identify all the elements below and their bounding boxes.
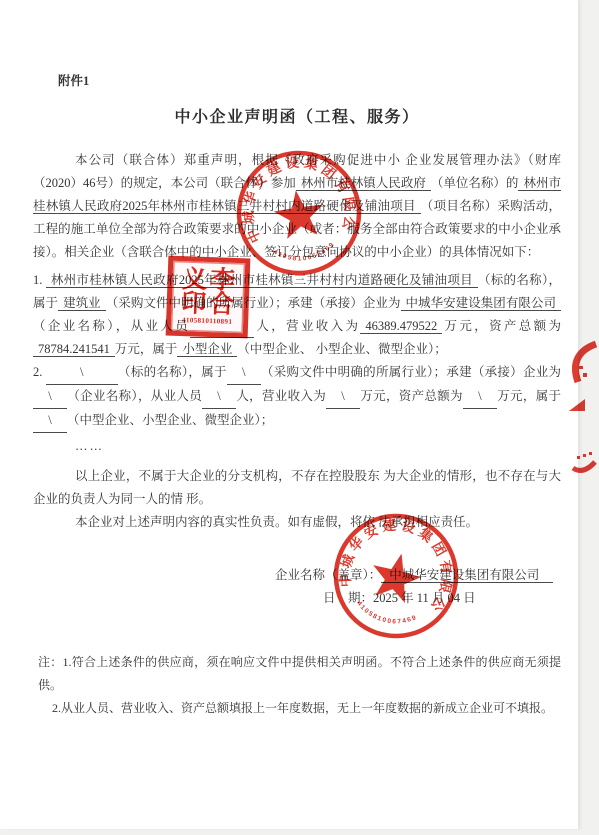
item2-text: 万元，资产总额为 <box>360 389 463 403</box>
document-content: 附件1 中小企业声明函（工程、服务） 本公司（联合体）郑重声明，根据《政府采购促… <box>33 0 561 720</box>
item1-number: 1. <box>33 273 42 287</box>
item2-number: 2. <box>33 365 42 379</box>
item1-size-type: 小型企业 <box>177 342 237 357</box>
item2-blank: \ <box>33 385 67 409</box>
footnote-1: 注：1.符合上述条件的供应商，须在响应文件中提供相关声明函。不符合上述条件的供应… <box>38 651 561 697</box>
item1-paragraph: 1. 林州市桂林镇人民政府2025年林州市桂林镇三井村村内道路硬化及铺油项目（标… <box>33 269 561 361</box>
ellipsis-line: …… <box>33 435 561 458</box>
signature-label: 企业名称（盖章）： <box>275 568 381 582</box>
item2-text: （中型企业、小型企业、微型企业）； <box>67 413 273 427</box>
item1-text: （中型企业、 小型企业、微型企业）； <box>237 342 446 356</box>
date-label: 日 期： <box>323 591 373 605</box>
signature-company-name: 中城华安建设集团有限公司 <box>381 568 553 583</box>
item1-revenue: 46389.479522 <box>360 319 442 334</box>
item1-target-name: 林州市桂林镇人民政府2025年林州市桂林镇三井村村内道路硬化及铺油项目 <box>46 273 478 288</box>
footnotes: 注：1.符合上述条件的供应商，须在响应文件中提供相关声明函。不符合上述条件的供应… <box>33 651 561 720</box>
buyer-unit-name: 林州市桂林镇人民政府 <box>296 176 431 191</box>
responsibility-paragraph: 本企业对上述声明内容的真实性负责。如有虚假，将依 法承担相应责任。 <box>33 511 561 534</box>
branch-declaration-paragraph: 以上企业，不属于大企业的分支机构，不存在控股股东 为大企业的情形，也不存在与大企… <box>33 465 561 511</box>
item2-text: 万元，属于 <box>497 389 561 403</box>
item1-text: 万元，资产总额为 <box>442 319 561 333</box>
item1-assets: 78784.241541 <box>33 342 115 357</box>
item2-blank: \ <box>46 361 118 385</box>
intro-paragraph: 本公司（联合体）郑重声明，根据《政府采购促进中小 企业发展管理办法》（财库（20… <box>33 149 561 264</box>
item1-text: 万元，属于 <box>115 342 178 356</box>
item2-paragraph: 2. \（标的名称），属于\（采购文件中明确的所属行业）；承建（承接）企业为\（… <box>33 361 561 433</box>
item2-text: （标的名称），属于 <box>118 365 227 379</box>
item2-text: （采购文件中明确的所属行业）；承建（承接）企业为 <box>261 365 561 379</box>
document-page: 附件1 中小企业声明函（工程、服务） 本公司（联合体）郑重声明，根据《政府采购促… <box>0 0 579 829</box>
scanned-document-canvas: 附件1 中小企业声明函（工程、服务） 本公司（联合体）郑重声明，根据《政府采购促… <box>0 0 599 835</box>
attachment-label: 附件1 <box>58 70 561 93</box>
item1-text: （采购文件中明确的所属行业）；承建（承接）企业为 <box>106 296 401 310</box>
item2-blank: \ <box>227 361 261 385</box>
item2-blank: \ <box>326 385 360 409</box>
item1-text: 人，营业收入为 <box>254 319 360 333</box>
item1-industry: 建筑业 <box>58 296 106 311</box>
item1-text: （企业名称），从业人员 <box>33 319 190 333</box>
page-title: 中小企业声明函（工程、服务） <box>33 106 561 129</box>
item2-blank: \ <box>33 409 67 433</box>
footnote-2: 2.从业人员、营业收入、资产总额填报上一年度数据，无上一年度数据的新成立企业可不… <box>52 697 561 720</box>
item1-employees-blank <box>190 323 254 338</box>
intro-mid: （单位名称）的 <box>431 176 519 190</box>
item2-blank: \ <box>463 385 497 409</box>
signature-line: 企业名称（盖章）：中城华安建设集团有限公司 <box>275 564 561 587</box>
item2-text: （企业名称），从业人员 <box>67 389 202 403</box>
date-value: 2025 年 11 月 04 日 <box>373 591 476 605</box>
item2-text: 人，营业收入为 <box>236 389 326 403</box>
date-line: 日 期：2025 年 11 月 04 日 <box>323 587 561 610</box>
item1-company-name: 中城华安建设集团有限公司 <box>401 296 561 311</box>
item2-blank: \ <box>202 385 236 409</box>
